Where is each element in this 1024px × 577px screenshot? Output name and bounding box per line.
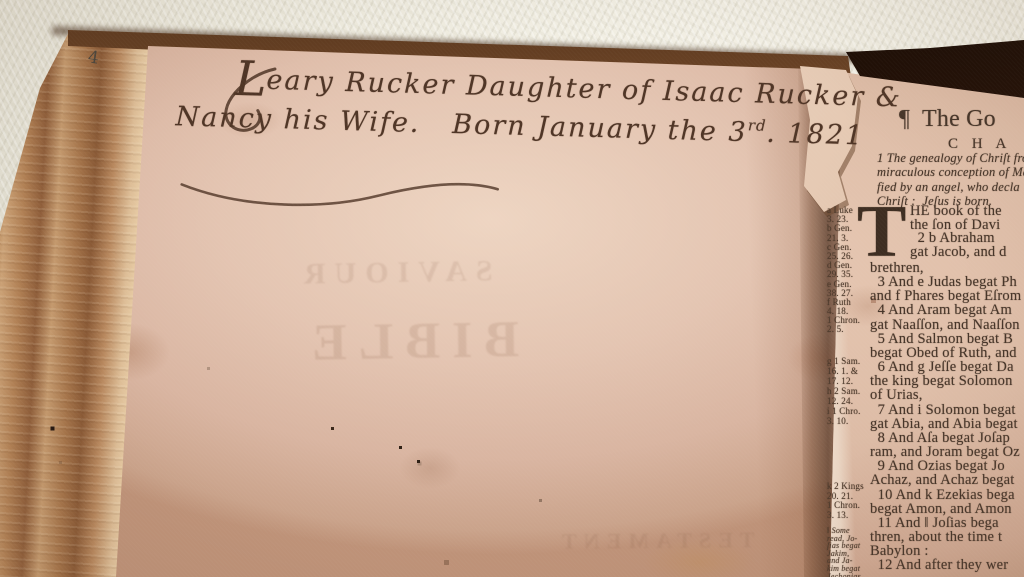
text-line: 17. 12. <box>827 376 879 386</box>
margin-variant-note: ‖ Someread, Jo-ſias begatJakim,and Ja-ki… <box>827 527 879 577</box>
text-line: brethren, <box>870 261 1021 275</box>
text-line: 3. 13. <box>827 511 879 521</box>
text-line: gat Jacob, and d <box>910 246 1007 260</box>
text-line: Jechonias. <box>827 573 879 577</box>
text-line: 7 And i Solomon begat <box>870 403 1021 417</box>
text-line: 3. 10. <box>827 416 879 426</box>
text-line: 4 And Aram begat Am <box>870 303 1021 317</box>
text-line: begat Obed of Ruth, and <box>870 346 1021 360</box>
text-line: 2. 5. <box>827 325 879 334</box>
text-line: Achaz, and Achaz begat <box>870 473 1021 487</box>
text-line: 1 The genealogy of Chriſt from <box>877 151 1024 165</box>
text-line: thren, about the time t <box>870 530 1021 544</box>
text-line: 12 And after they wer <box>870 558 1021 572</box>
text-line: 5 And Salmon begat B <box>870 332 1021 346</box>
running-header: ¶ The Go <box>899 106 996 133</box>
text-line: 6 And g Jeſſe begat Da <box>870 360 1021 374</box>
printed-bible-text: ¶ The Go C H A 1 The genealogy of Chriſt… <box>0 0 1024 577</box>
verse-text-column: brethren, 3 And e Judas begat Phand f Ph… <box>870 261 1021 572</box>
text-line: ram, and Joram begat Oz <box>870 445 1021 459</box>
text-line: and f Phares begat Eſrom <box>870 289 1021 303</box>
margin-references-a-f: a Luke3. 23.b Gen.21. 3.c Gen.25. 26.d G… <box>827 206 879 335</box>
text-line: of Urias, <box>870 388 1021 402</box>
text-line: 11 And ‖ Joſias bega <box>870 516 1021 530</box>
text-line: gat Naaſſon, and Naaſſon <box>870 318 1021 332</box>
verse-text-beside-dropcap: HE book of thethe ſon of Davi 2 b Abraha… <box>910 205 1007 260</box>
text-line: g 1 Sam. <box>827 356 879 366</box>
text-line: begat Amon, and Amon <box>870 502 1021 516</box>
margin-references-g-i: g 1 Sam.16. 1. &17. 12.h 2 Sam.12. 24.i … <box>827 356 879 426</box>
text-line: i 1 Chro. <box>827 406 879 416</box>
text-line: 10 And k Ezekias bega <box>870 488 1021 502</box>
text-line: h 2 Sam. <box>827 386 879 396</box>
photograph-antique-bible: SAVIOUR BIBLE TESTAMENT 4 Leary Rucker D… <box>0 0 1024 577</box>
text-line: 12. 24. <box>827 396 879 406</box>
text-line: 16. 1. & <box>827 366 879 376</box>
text-line: 9 And Ozias begat Jo <box>870 459 1021 473</box>
text-line: gat Abia, and Abia begat <box>870 417 1021 431</box>
text-line: 8 And Aſa begat Joſap <box>870 431 1021 445</box>
margin-references-k: k 2 Kings20. 21.1 Chron.3. 13. <box>827 482 879 521</box>
text-line: miraculous conception of Ma <box>877 165 1024 179</box>
